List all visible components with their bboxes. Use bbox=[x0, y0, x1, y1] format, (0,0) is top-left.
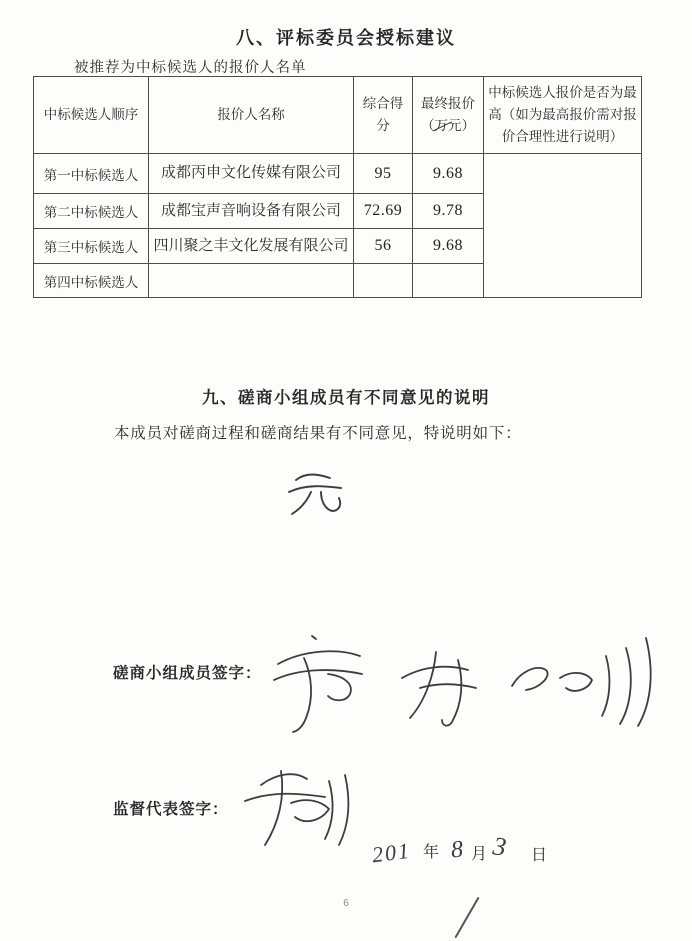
handwritten-day: 3 bbox=[491, 831, 508, 863]
cell-highest-note bbox=[484, 154, 642, 298]
handwritten-strike-mark: 万 bbox=[435, 115, 449, 137]
cell-price: 9.78 bbox=[413, 194, 484, 229]
cell-price: 9.68 bbox=[413, 229, 484, 264]
cell-rank: 第一中标候选人 bbox=[34, 154, 149, 194]
col-header-price: 最终报价（万元） bbox=[413, 77, 484, 154]
panel-signature-label: 磋商小组成员签字： bbox=[113, 661, 262, 683]
table-header-row: 中标候选人顺序 报价人名称 综合得分 最终报价（万元） 中标候选人报价是否为最高… bbox=[34, 77, 642, 154]
cell-bidder: 四川聚之丰文化发展有限公司 bbox=[149, 229, 354, 264]
handwritten-none bbox=[284, 468, 348, 520]
section-award-title: 八、评标委员会授标建议 bbox=[0, 24, 692, 50]
cell-bidder: 成都丙申文化传媒有限公司 bbox=[149, 154, 354, 194]
price-paren-close: 元） bbox=[448, 118, 475, 133]
cell-price: 9.68 bbox=[413, 154, 484, 194]
cell-price bbox=[413, 264, 484, 298]
handwritten-none-text: 无 bbox=[0, 0, 1, 1]
cell-rank: 第三中标候选人 bbox=[34, 229, 149, 264]
cell-rank: 第四中标候选人 bbox=[34, 264, 149, 298]
col-header-bidder: 报价人名称 bbox=[149, 77, 354, 154]
cell-score: 56 bbox=[354, 229, 413, 264]
page-number: 6 bbox=[0, 898, 692, 909]
cell-score: 72.69 bbox=[354, 194, 413, 229]
col-header-rank: 中标候选人顺序 bbox=[34, 77, 149, 154]
cell-score bbox=[354, 264, 413, 298]
date-month-char: 月 bbox=[471, 841, 487, 864]
date-year-char: 年 bbox=[423, 839, 439, 862]
col-header-highest-note: 中标候选人报价是否为最高（如为最高报价需对报价合理性进行说明） bbox=[484, 77, 642, 154]
handwritten-year: 201 bbox=[371, 838, 413, 869]
section-dissent-title: 九、磋商小组成员有不同意见的说明 bbox=[0, 384, 692, 408]
supervisor-signature-handwriting bbox=[233, 763, 368, 855]
document-page: 八、评标委员会授标建议 被推荐为中标候选人的报价人名单 中标候选人顺序 报价人名… bbox=[0, 0, 692, 941]
cell-rank: 第二中标候选人 bbox=[34, 194, 149, 229]
handwritten-month: 8 bbox=[450, 837, 464, 865]
price-header-line1: 最终报价 bbox=[421, 96, 475, 111]
recommended-bidders-caption: 被推荐为中标候选人的报价人名单 bbox=[74, 56, 307, 77]
col-header-score: 综合得分 bbox=[354, 77, 413, 154]
panel-signatures-handwriting bbox=[268, 626, 660, 738]
table-row: 第一中标候选人 成都丙申文化传媒有限公司 95 9.68 bbox=[34, 154, 642, 194]
cell-bidder: 成都宝声音响设备有限公司 bbox=[149, 194, 354, 229]
date-day-char: 日 bbox=[531, 842, 547, 865]
supervisor-signature-label: 监督代表签字： bbox=[113, 797, 229, 819]
dissent-statement-text: 本成员对磋商过程和磋商结果有不同意见，特说明如下： bbox=[114, 421, 522, 443]
cell-score: 95 bbox=[354, 154, 413, 194]
cell-bidder bbox=[149, 264, 354, 298]
award-candidates-table: 中标候选人顺序 报价人名称 综合得分 最终报价（万元） 中标候选人报价是否为最高… bbox=[33, 76, 642, 298]
